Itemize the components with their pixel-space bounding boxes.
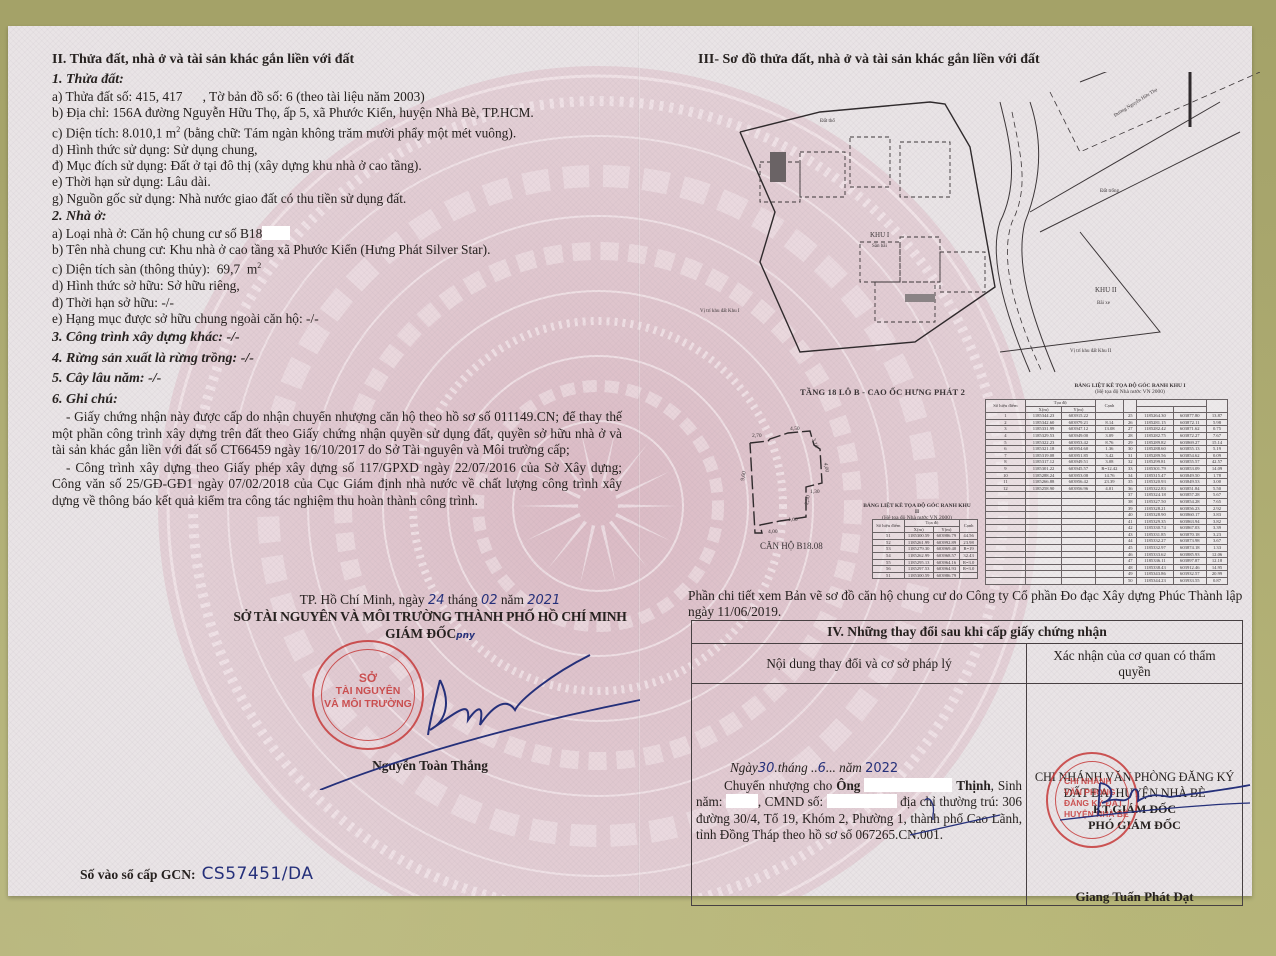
site-plan-diagram: KHU I Sân bãi KHU II Bãi xe Đất trống Đấ… [700,72,1260,392]
table-row: 11185344.23603915.22251185264.30603877.8… [986,413,1228,420]
house-type: a) Loại nhà ở: Căn hộ chung cư số B18 [52,226,622,242]
table-row: 381185327.50603854.287.65 [986,498,1228,505]
khu2-label: KHU II [1095,286,1117,294]
table-row: 511185300.59603986.79 [873,572,978,579]
table-row: 421185330.74603867.033.39 [986,525,1228,532]
issue-date: TP. Hồ Chí Minh, ngày 24 tháng 02 năm 20… [230,592,630,609]
table-row: 391185328.21603856.232.92 [986,505,1228,512]
table-row: 441185332.27603873.983.67 [986,538,1228,545]
khu2-coordinate-table: Số hiệu điểmTọa độCạnhX(m)Y(m)511185300.… [872,519,978,579]
floor-area: c) Diện tích sàn (thông thủy): 69,7 m2 [52,258,622,278]
khu2-sub-label: Bãi xe [1097,301,1111,306]
table-row: 471185336.11603897.8712.18 [986,558,1228,565]
col-content-header: Nội dung thay đổi và cơ sở pháp lý [692,644,1027,684]
shared-items: e) Hạng mục được sở hữu chung ngoài căn … [52,311,622,327]
unit-floor-plan: 4,50 2,70 3,10 4,00 1,30 2,50 1,60 4,00 … [740,425,850,535]
section-2-land-house: II. Thửa đất, nhà ở và tài sản khác gắn … [52,52,622,510]
deputy-signature-icon [1060,775,1255,825]
ownership-term: đ) Thời hạn sở hữu: -/- [52,295,622,311]
notes-heading: 6. Ghi chú: [52,392,622,408]
site2-label: Vị trí khu đất Khu II [1070,349,1112,354]
unit-caption: CĂN HỘ B18.08 [760,541,823,551]
redacted-id-number [827,794,897,808]
initial-mark-icon [905,790,1005,840]
svg-text:2,70: 2,70 [752,433,762,439]
col-confirm-header: Xác nhận của cơ quan có thẩm quyền [1027,644,1243,684]
change-date: Ngày30.tháng ..6... năm 2022 [696,760,1022,778]
table-row: 101185288.24603953.0814.76341185315.4760… [986,472,1228,479]
land-heading: 1. Thửa đất: [52,72,622,88]
table-row: 461185333.62603885.9312.06 [986,551,1228,558]
table-row: 521185261.99603992.8923.98 [873,539,978,546]
section-2-title: II. Thửa đất, nhà ở và tài sản khác gắn … [52,52,622,68]
land-origin: g) Nguồn gốc sử dụng: Nhà nước giao đất … [52,191,622,207]
khu1-label: KHU I [870,231,890,239]
empty-land-label: Đất trống [1100,189,1120,194]
land-use-term: e) Thời hạn sử dụng: Lâu dài. [52,174,622,190]
table-row: 41185329.53603949.003.09281185282.756038… [986,432,1228,439]
table-row: 451185332.97603874.181.33 [986,545,1228,552]
svg-text:4,50: 4,50 [790,426,800,432]
other-construction: 3. Công trình xây dựng khác: -/- [52,330,622,346]
residential-land-label: Đất thổ [820,118,835,124]
section-4-title: IV. Những thay đổi sau khi cấp giấy chứn… [692,621,1243,644]
table-row: 51185322.23603953.428.76291185289.826038… [986,439,1228,446]
road-label: Đường Nguyễn Hữu Thọ [1113,87,1159,119]
director-signature-icon [300,640,640,790]
redacted-unit-number [262,226,290,240]
svg-text:1,60: 1,60 [788,517,798,523]
table-row: 91185301.22603945.57R=12.42331185301.796… [986,465,1228,472]
table-row: 531185279.30603969.40R=19 [873,546,978,553]
registry-number: Số vào sổ cấp GCN:CS57451/DA [80,864,313,884]
confirming-signer: Giang Tuấn Phát Đạt [1027,889,1242,905]
table-row: 491185343.86603932.5720.99 [986,571,1228,578]
table-row: 411185329.35603863.943.82 [986,518,1228,525]
svg-text:4,00: 4,00 [822,462,830,473]
land-use-purpose: đ) Mục đích sử dụng: Đất ở tại đô thị (x… [52,158,622,174]
ownership-form: d) Hình thức sở hữu: Sở hữu riêng, [52,278,622,294]
khu1-sub-label: Sân bãi [872,244,887,249]
svg-text:9,60: 9,60 [740,471,748,482]
building-name: b) Tên nhà chung cư: Khu nhà ở cao tầng … [52,242,622,258]
table-row: 431185331.85603870.183.23 [986,531,1228,538]
perennial-trees: 5. Cây lâu năm: -/- [52,371,622,387]
note-item: - Công trình xây dựng theo Giấy phép xây… [52,460,622,510]
table-row: 561185297.53603964.93R=3.0 [873,566,978,573]
table-row: 511185300.59603986.7944.56 [873,533,978,540]
table-row: 71185319.08603951.853.42311185289.566038… [986,452,1228,459]
table-row: 31185331.99603947.1213.08271185282.42603… [986,426,1228,433]
table-row: 371185324.18603857.285.67 [986,492,1228,499]
svg-text:1,30: 1,30 [810,489,820,495]
detail-reference: Phần chi tiết xem Bản vẽ sơ đồ căn hộ ch… [688,588,1243,620]
changes-table: IV. Những thay đổi sau khi cấp giấy chứn… [691,620,1243,906]
table-row: 401185328.90603860.173.83 [986,512,1228,519]
land-area: c) Diện tích: 8.010,1 m2 (bằng chữ: Tám … [52,122,622,142]
issuing-authority: SỞ TÀI NGUYÊN VÀ MÔI TRƯỜNG THÀNH PHỐ HỒ… [230,609,630,625]
table-row: 551185295.13603964.16R=3.0 [873,559,978,566]
section-3-title: III- Sơ đồ thửa đất, nhà ở và tài sản kh… [698,52,1250,68]
land-parcel: a) Thửa đất số: 415, 417 , Tờ bản đồ số:… [52,89,622,105]
land-address: b) Địa chỉ: 156A đường Nguyễn Hữu Thọ, ấ… [52,105,622,121]
site1-label: Vị trí khu đất Khu I [700,309,740,314]
production-forest: 4. Rừng sản xuất là rừng trồng: -/- [52,351,622,367]
svg-text:2,50: 2,50 [804,495,812,506]
land-use-form: d) Hình thức sử dụng: Sử dụng chung, [52,142,622,158]
khu1-coord-title: BẢNG LIỆT KÊ TỌA ĐỘ GÓC RANH KHU I (Hệ t… [1040,383,1220,395]
khu1-coordinate-table: Số hiệu điểmTọa độCạnhX(m)Y(m)11185344.2… [985,399,1228,585]
table-row: 111185266.88603956.4223.39351185320.9360… [986,479,1228,486]
floor-plan-caption: TẦNG 18 LÔ B - CAO ỐC HƯNG PHÁT 2 [800,387,965,397]
redacted-birth-year [726,794,758,808]
table-row: 481185338.43603912.4614.95 [986,564,1228,571]
table-row: 121185258.90603956.964.01361185322.83603… [986,485,1228,492]
table-row: 81185317.12603949.513.08321185299.816038… [986,459,1228,466]
table-row: 541185262.99603968.5732.43 [873,552,978,559]
table-row: 21185342.60603979.218.14261185281.156038… [986,419,1228,426]
svg-text:4,00: 4,00 [768,529,778,535]
house-heading: 2. Nhà ở: [52,209,622,225]
note-item: - Giấy chứng nhận này được cấp do nhận c… [52,409,622,459]
table-row: 61185321.18603954.601.36301185288.606038… [986,446,1228,453]
section-3-site-plan: III- Sơ đồ thửa đất, nhà ở và tài sản kh… [690,52,1250,68]
table-row: 501185344.23603933.550.87 [986,578,1228,585]
